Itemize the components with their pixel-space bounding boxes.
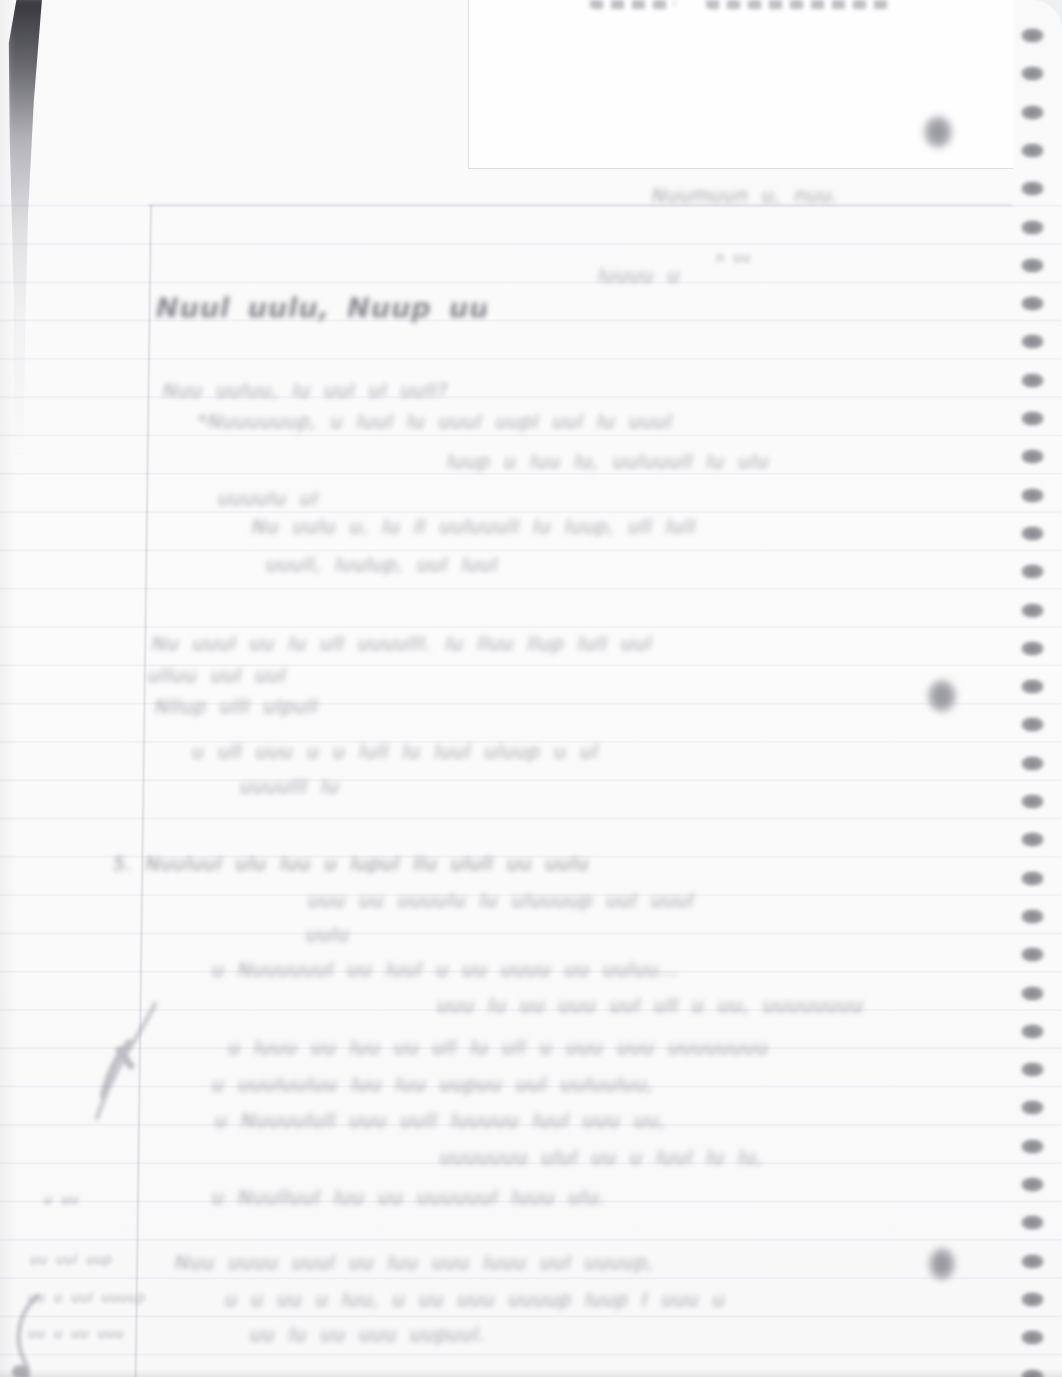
overlapping-page-corner	[468, 0, 1013, 169]
spiral-hole	[1021, 181, 1044, 196]
spiral-hole	[1021, 105, 1044, 120]
page-bottom-edge-shade	[0, 1369, 1062, 1377]
header-rule-line	[148, 204, 1012, 206]
ruled-lines	[0, 205, 1062, 1377]
spiral-hole	[1021, 66, 1044, 81]
spiral-hole	[1021, 28, 1044, 43]
spiral-hole	[1021, 143, 1044, 158]
margin-curve-mark	[75, 998, 195, 1138]
margin-bracket-mark	[6, 1292, 50, 1377]
notebook-page: Nuumuun u, nuu.luuuu un uuNuul uulu, Nuu…	[0, 0, 1062, 1377]
